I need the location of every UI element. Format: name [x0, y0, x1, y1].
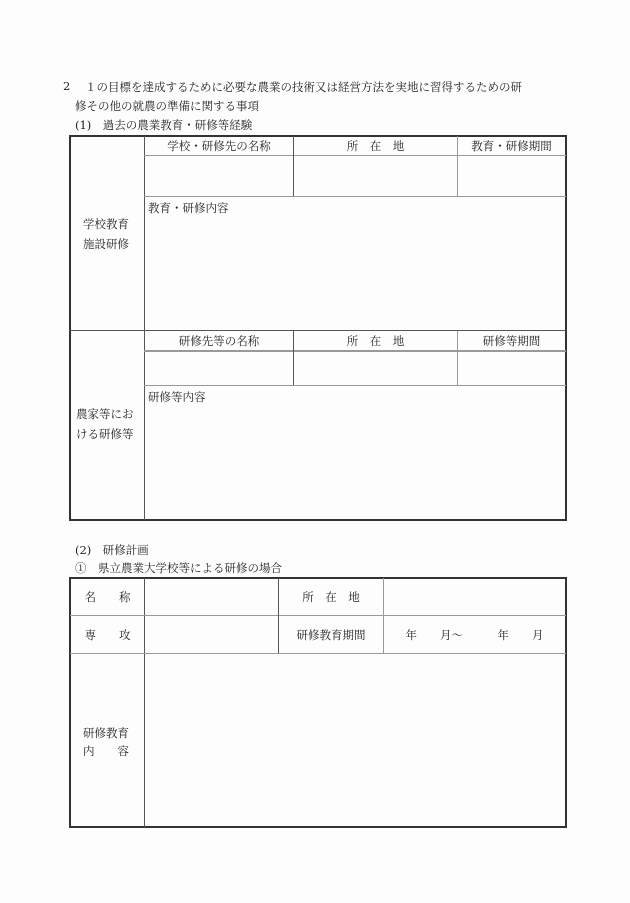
school-location-field[interactable]: [294, 156, 457, 196]
heading-line-2: 修その他の就農の準備に関する事項: [75, 98, 259, 114]
major-field[interactable]: [145, 616, 278, 653]
school-row-label-2: 施設研修: [83, 236, 129, 252]
farm-period-header: 研修等期間: [458, 331, 565, 350]
school-name-header: 学校・研修先の名称: [145, 137, 293, 155]
name-field[interactable]: [145, 579, 278, 615]
section2-subtitle: ① 県立農業大学校等による研修の場合: [75, 560, 282, 576]
school-content-label: 教育・研修内容: [148, 200, 229, 216]
farm-name-field[interactable]: [145, 352, 293, 385]
location-field[interactable]: [384, 579, 565, 615]
content-label-1: 研修教育: [83, 725, 129, 741]
section1-title: (1) 過去の農業教育・研修等経験: [75, 117, 252, 133]
farm-content-label: 研修等内容: [148, 389, 206, 405]
school-name-field[interactable]: [145, 156, 293, 196]
school-location-header: 所 在 地: [294, 137, 457, 155]
farm-location-header: 所 在 地: [294, 331, 457, 350]
school-content-field[interactable]: [148, 216, 560, 326]
content-field[interactable]: [148, 658, 560, 822]
name-label: 名 称: [71, 579, 144, 615]
school-period-field[interactable]: [458, 156, 565, 196]
school-period-header: 教育・研修期間: [458, 137, 565, 155]
section2-title: (2) 研修計画: [75, 542, 149, 558]
content-label-2: 内 容: [83, 743, 129, 759]
heading-number: 2: [63, 79, 70, 93]
period-label: 研修教育期間: [279, 616, 383, 653]
farm-name-header: 研修先等の名称: [145, 331, 293, 350]
heading-line-1: １の目標を達成するために必要な農業の技術又は経営方法を実地に習得するための研: [85, 79, 522, 95]
location-label: 所 在 地: [279, 579, 383, 615]
period-field[interactable]: 年 月～ 年 月: [384, 616, 565, 653]
farm-period-field[interactable]: [458, 352, 565, 385]
school-row-label-1: 学校教育: [83, 216, 129, 232]
farm-row-label-1: 農家等にお: [76, 406, 134, 422]
farm-row-label-2: ける研修等: [76, 426, 134, 442]
farm-content-field[interactable]: [148, 405, 560, 515]
farm-location-field[interactable]: [294, 352, 457, 385]
major-label: 専 攻: [71, 616, 144, 653]
